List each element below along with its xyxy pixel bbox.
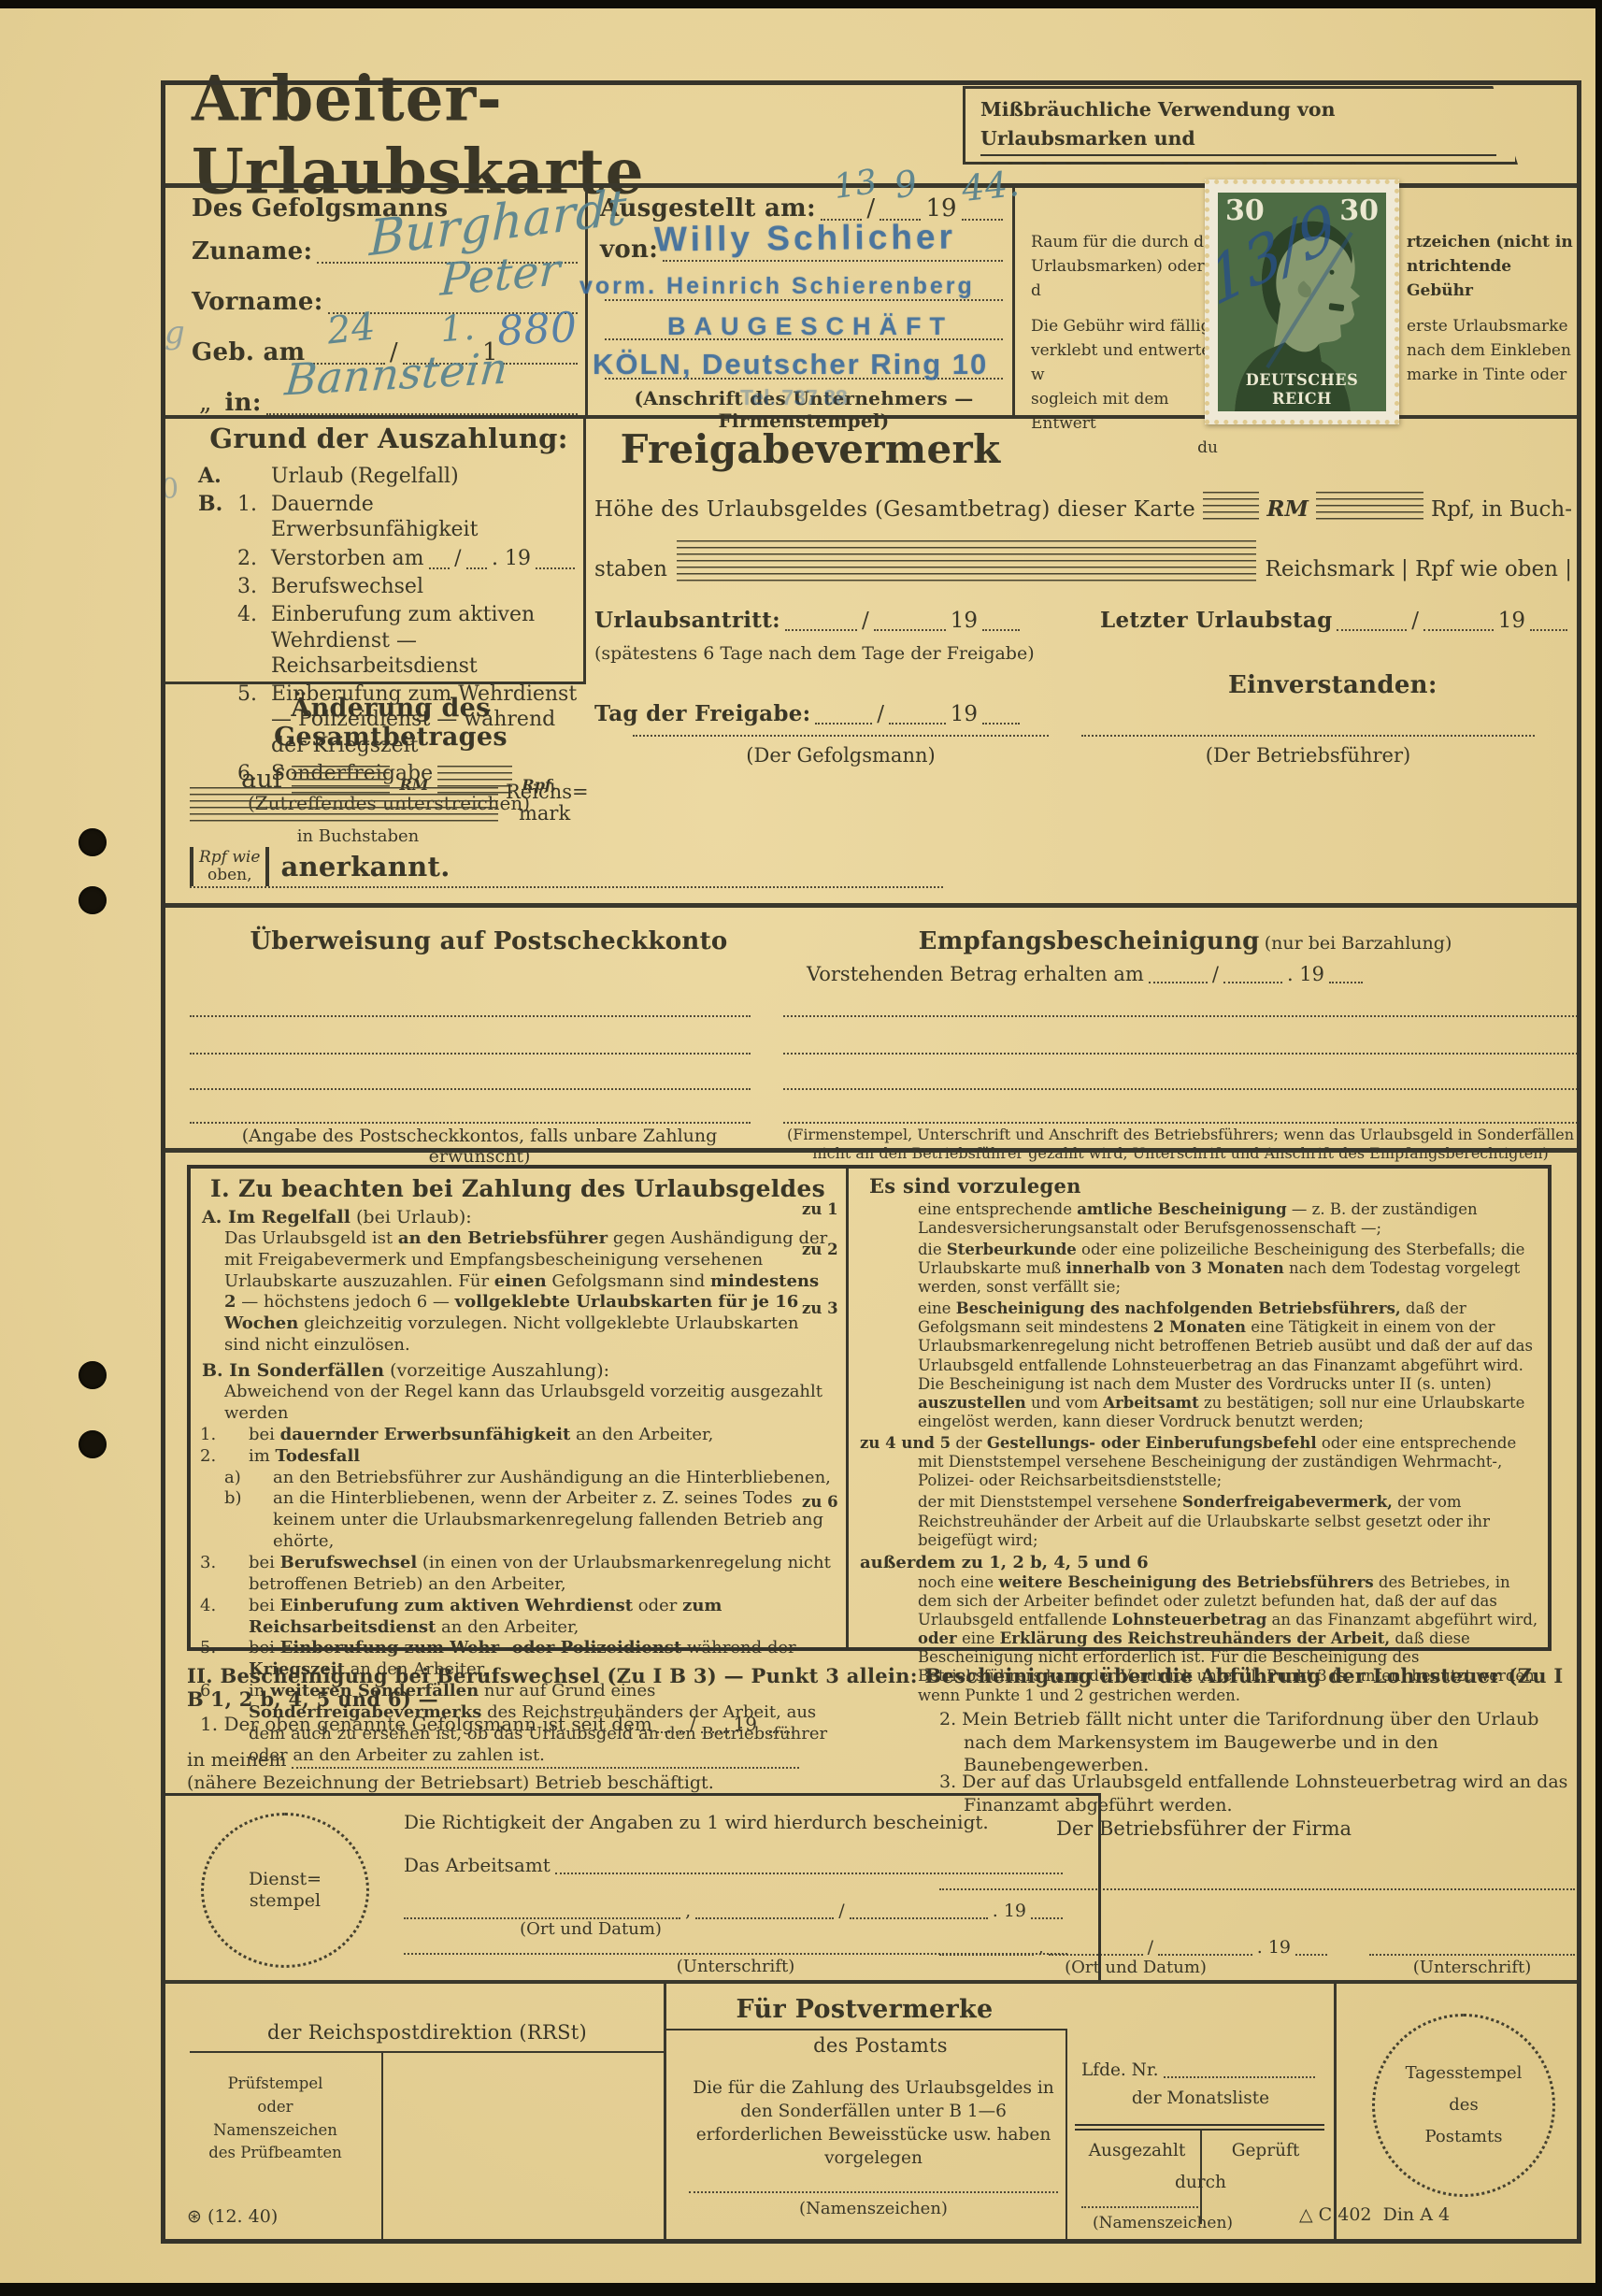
year-prefix: 19 [951,609,978,633]
receipt-title: Empfangsbescheinigung [919,927,1260,955]
tagesstempel-line: Tagesstempel [1406,2058,1523,2089]
scan-edge-bottom [0,2283,1602,2296]
payout-row-3: 3. Berufswechsel [198,574,579,599]
vorzulegen-item: zu 6der mit Dienststempel versehene Sond… [860,1493,1542,1549]
warning-line-1: Mißbräuchliche Verwendung von Urlaubsmar… [980,95,1496,156]
date-slash: / [1212,963,1219,985]
payout-row-2: 2. Verstorben am / . 19 [198,546,579,571]
postage-stamp-face: 30 30 DEUTSCHES REICH 13/9 [1218,193,1386,411]
employed-since-row: 1. Der oben genannte Gefolgsmann ist sei… [200,1713,798,1735]
birthplace-field: Bannstein [266,390,578,415]
dienststempel-line1: Dienst= [249,1869,322,1890]
postamt-sign-line [689,2191,1058,2193]
lfde-namenszeichen: (Namenszeichen) [1060,2214,1266,2232]
hole-punch [79,828,107,856]
change-title: Änderung des Gesamtbetrages [190,694,592,752]
birthplace-label: in: [224,389,261,417]
page-title-wrap: Arbeiter-Urlaubskarte [192,90,939,181]
notes-item: 3.bei Berufswechsel (in einen von der Ur… [202,1553,834,1596]
vorzulegen-title: Es sind vorzulegen [860,1174,1542,1198]
notes-title: I. Zu beachten bei Zahlung des Urlaubsge… [202,1174,834,1204]
date-slash: / [1411,609,1419,633]
postal-panel: Für Postvermerke der Reichspostdirektion… [161,1984,1581,2239]
date-slash: / [862,609,869,633]
firstname-label: Vorname: [192,288,323,316]
account-line [190,1088,751,1090]
issued-day-handwritten: 13 [831,163,880,207]
arbeitsamt-field [555,1855,1063,1874]
transfer-panel: Überweisung auf Postscheckkonto Empfangs… [190,918,1580,1146]
year-prefix: 19 [951,702,978,726]
amt-date-row: , / . 19 [404,1901,1067,1921]
year-prefix: 19 [1498,609,1525,633]
stamp-country: DEUTSCHES REICH [1223,371,1382,409]
notes-b-head: B. In Sonderfällen (vorzeitige Auszahlun… [202,1359,834,1382]
business-field [292,1749,799,1769]
since-year-field [762,1714,794,1733]
issued-month-field: 9 [880,195,921,221]
amount-words-row: staben Reichsmark | Rpf wie oben | [594,540,1572,581]
hole-punch [79,1430,107,1458]
payout-panel: Grund der Auszahlung: A. Urlaub (Regelfa… [198,423,579,681]
section2-title: II. Bescheinigung bei Berufswechsel (Zu … [187,1664,1580,1711]
payout-row-4: 4. Einberufung zum aktiven Wehrdienst — … [198,602,579,679]
company-stamp-line-3: BAUGESCHÄFT [667,312,953,341]
certification-box: Dienst= stempel Die Richtigkeit der Anga… [165,1793,1101,1980]
business-note: (nähere Bezeichnung der Betriebsart) Bet… [187,1772,714,1793]
lfde-field [1164,2060,1315,2078]
release-panel: Freigabevermerk Höhe des Urlaubsgeldes (… [591,421,1578,905]
vorzulegen-item: zu 1eine entsprechende amtliche Beschein… [860,1200,1542,1238]
firstname-handwritten: Peter [438,244,561,307]
date-slash: / [454,546,461,571]
notes-subitem: a)an den Betriebsführer zur Aushändigung… [202,1468,834,1489]
release-day-row: Tag der Freigabe: / 19 [594,701,1024,726]
start-day-field [785,609,857,631]
death-day-field [429,548,451,569]
release-year-field [982,702,1020,725]
fee-line: ntrichtende Gebühr [1407,254,1580,303]
receipt-title-suffix: (nur bei Barzahlung) [1265,933,1452,954]
amt-signature-line [404,1953,1067,1955]
notes-box: I. Zu beachten bei Zahlung des Urlaubsge… [187,1165,1552,1651]
received-label: Vorstehenden Betrag erhalten am [807,963,1144,985]
monatsliste-label: der Monatsliste [1081,2088,1320,2108]
issued-year-field: 44. [962,195,1003,221]
fee-line: Raum für die durch d [1031,230,1218,254]
postal-title: Für Postvermerke [664,1995,1066,2024]
vorzulegen-item: zu 2die Sterbeurkunde oder eine polizeil… [860,1241,1542,1297]
postamt-text: Die für die Zahlung des Urlaubsgeldes in… [684,2077,1063,2171]
lfde-label: Lfde. Nr. [1081,2060,1159,2080]
amt-month-field [850,1901,988,1919]
tagesstempel-circle: Tagesstempel des Postamts [1372,2014,1555,2197]
signature-label-employer: (Der Betriebsführer) [1081,744,1535,767]
notes-divider [846,1169,849,1647]
form-code: △ C 402 Din A 4 [1299,2204,1450,2225]
year-prefix: . 19 [1257,1937,1291,1958]
hole-punch [79,1361,107,1389]
ditto-mark: „ [199,389,211,417]
received-row: Vorstehenden Betrag erhalten am / . 19 [807,963,1367,985]
company-stamp-line-5: Tel. 737 88 [740,385,848,410]
vorzulegen-item: zu 4 und 5 der Gestellungs- oder Einberu… [860,1434,1542,1490]
scan-edge-top [0,0,1602,8]
extra-head: außerdem zu 1, 2 b, 4, 5 und 6 [860,1553,1542,1573]
form-din-label: Din A 4 [1383,2204,1450,2225]
vacation-start-label: Urlaubsantritt: [594,608,780,633]
postal-divider [381,2053,383,2239]
release-day-label: Tag der Freigabe: [594,701,810,726]
arbeitsamt-row: Das Arbeitsamt [404,1854,1067,1876]
fee-line: marke in Tinte oder [1407,363,1580,387]
rpd-sub-line: oder [189,2096,362,2119]
employed-since-label: 1. Der oben genannte Gefolgsmann ist sei… [200,1713,652,1735]
panel-divider [161,682,586,684]
form-code-number: C 402 [1319,2204,1372,2225]
fee-line: rtzeichen (nicht in [1407,230,1580,254]
issued-day-field: 13 [821,195,862,221]
firm-month-field [1158,1937,1252,1956]
fee-line: verklebt und entwertet w [1031,338,1218,387]
receipt-title-row: Empfangsbescheinigung (nur bei Barzahlun… [793,927,1578,955]
vacation-card-document: g 0 Arbeiter-Urlaubskarte Mißbräuchliche… [0,0,1602,2296]
firm-signature-line [1369,1954,1575,1956]
notes-right-column: Es sind vorzulegen zu 1eine entsprechend… [860,1174,1542,1705]
payout-num: 1. [237,492,271,543]
business-row: in meinem [187,1748,804,1771]
payout-text: Verstorben am [271,546,424,571]
company-stamp-line-1: Willy Schlicher [654,218,956,260]
holder-panel: Des Gefolgsmanns Zuname: Burghardt Vorna… [192,194,582,411]
reichsmark-line2: mark [506,803,589,825]
panel-divider [1012,188,1015,415]
death-year-field [536,548,575,569]
change-panel: Änderung des Gesamtbetrages auf RM Rpf, … [190,694,592,892]
dienststempel-line2: stempel [250,1890,321,1912]
payout-text: Berufswechsel [271,574,579,599]
birth-month-handwritten: 1. [438,306,476,349]
ausgezahlt-label: Ausgezahlt [1079,2141,1195,2160]
fee-line: sogleich mit dem Entwert [1031,387,1218,436]
section-divider [161,903,1581,908]
postamt-heading: des Postamts [722,2034,1039,2057]
durch-label: durch [1081,2173,1320,2192]
transfer-title: Überweisung auf Postscheckkonto [190,927,788,955]
rpd-sub-line: des Prüfbeamten [189,2142,362,2165]
receipt-line [783,1122,1578,1124]
payout-num: 2. [237,546,271,571]
payout-letter-b: B. [198,492,237,543]
vacation-start-note: (spätestens 6 Tage nach dem Tage der Fre… [594,643,1035,664]
printers-mark-icon: ⊛ [187,2206,202,2227]
firm-unterschrift-label: (Unterschrift) [1369,1958,1575,1977]
payout-num: 3. [237,574,271,599]
postal-divider [1334,1984,1337,2239]
amount-rpf-field [1316,492,1423,522]
amount-row: Höhe des Urlaubsgeldes (Gesamtbetrag) di… [594,492,1572,522]
birth-day-handwritten: 24 [324,305,377,352]
account-line [190,1053,751,1055]
last-year-field [1530,609,1567,631]
triangle-icon: △ [1299,2204,1313,2225]
in-words-label: in Buchstaben [265,826,451,846]
postal-title-underline [664,2029,1066,2031]
rm-label: RM [1266,496,1309,522]
release-title: Freigabevermerk [591,426,1030,472]
payout-row-a: A. Urlaub (Regelfall) [198,464,579,489]
receipt-line [783,1088,1578,1090]
year-prefix: . 19 [1287,963,1324,985]
company-stamp-line-2: vorm. Heinrich Schierenberg [579,273,975,300]
acknowledged-row: Rpf wie oben, anerkannt. [190,847,451,886]
start-year-field [982,609,1020,631]
notes-item: 1.bei dauernder Erwerbsunfähigkeit an de… [202,1425,834,1446]
amount-words-field [677,540,1256,581]
company-stamp-line-4: KÖLN, Deutscher Ring 10 [593,348,988,381]
signature-line [633,735,1049,737]
last-day-row: Letzter Urlaubstag / 19 [1100,608,1572,633]
birthplace-row: „ in: Bannstein [192,389,582,417]
transfer-footnote: (Angabe des Postscheckkontos, falls unba… [190,1126,769,1167]
notes-a-head: A. Im Regelfall (bei Urlaub): [202,1206,834,1228]
notes-b-intro: Abweichend von der Regel kann das Urlaub… [202,1382,834,1425]
agreed-label: Einverstanden: [1228,671,1438,699]
margin-ink-mark: g [164,314,185,352]
section-divider [161,1148,1581,1153]
comma: , [685,1901,691,1921]
date-slash: / [1148,1937,1153,1958]
fee-line: du [1031,436,1218,460]
tagesstempel-line: Postamts [1425,2121,1503,2153]
rpd-sublabel: Prüfstempel oder Namenszeichen des Prüfb… [189,2073,362,2165]
last-day-label: Letzter Urlaubstag [1100,608,1332,633]
vorzulegen-item: zu 3eine Bescheinigung des nachfolgenden… [860,1299,1542,1431]
receipt-line [783,1015,1578,1017]
amount-label: Höhe des Urlaubsgeldes (Gesamtbetrag) di… [594,497,1195,522]
payout-text: Dauernde Erwerbsunfähigkeit [271,492,579,543]
dienststempel-circle: Dienst= stempel [201,1813,369,1968]
fee-text-left: Raum für die durch d Urlaubsmarken) oder… [1031,230,1218,460]
year-prefix: . 19 [492,546,531,571]
firm-year-field [1295,1937,1327,1956]
reichsmark-label: Reichsmark | Rpf wie oben | [1266,557,1573,581]
amt-ort-datum-label: (Ort und Datum) [436,1919,745,1939]
lfde-row: Lfde. Nr. [1081,2060,1320,2080]
date-slash: / [838,1901,844,1921]
section-dotted-divider [190,886,943,888]
fee-line: nach dem Einkleben [1407,338,1580,363]
rpd-underline [190,2051,664,2053]
vacation-start-row: Urlaubsantritt: / 19 [594,608,1024,633]
payout-num: 4. [237,602,271,679]
signature-label-worker: (Der Gefolgsmann) [633,744,1049,767]
start-month-field [874,609,946,631]
certify-text: Die Richtigkeit der Angaben zu 1 wird hi… [404,1811,989,1833]
fee-line: erste Urlaubsmarke [1407,314,1580,338]
rpf-wie-label: Rpf wie [199,848,260,867]
death-month-field [466,548,488,569]
account-line [190,1015,751,1017]
fee-line: Urlaubsmarken) oder d [1031,254,1218,303]
fee-text-right: rtzeichen (nicht in ntrichtende Gebühr e… [1407,230,1580,387]
issued-year-handwritten: 44. [959,163,1021,209]
received-day-field [1149,963,1208,983]
amt-day-field [695,1901,834,1919]
account-line [190,1122,751,1124]
amount-rm-field [1203,492,1259,522]
form-edition-date: (12. 40) [207,2206,278,2227]
since-month-field [701,1714,729,1733]
margin-ink-mark: 0 [161,473,179,506]
last-day-field [1337,609,1407,631]
year-prefix: 19 [734,1713,757,1735]
misuse-warning-box: Mißbräuchliche Verwendung von Urlaubsmar… [963,86,1518,165]
acknowledged-label: anerkannt. [280,851,450,883]
reichsmark-line1: Reichs= [506,782,589,803]
form-edition: ⊛ (12. 40) [187,2206,278,2227]
issuer-label: von: [600,236,658,264]
tagesstempel-line: des [1449,2089,1478,2121]
arbeitsamt-label: Das Arbeitsamt [404,1854,551,1876]
payout-text: Einberufung zum aktiven Wehrdienst — Rei… [271,602,579,679]
rpd-sub-line: Namenszeichen [189,2119,362,2143]
amt-unterschrift-label: (Unterschrift) [404,1957,1067,1976]
postage-stamp: 30 30 DEUTSCHES REICH 13/9 [1205,179,1399,424]
postamt-namenszeichen: (Namenszeichen) [689,2199,1058,2218]
amt-place-field [404,1901,680,1919]
rpd-sub-line: Prüfstempel [189,2073,362,2096]
payout-text-a: Urlaub (Regelfall) [271,464,579,489]
payout-letter-a: A. [198,464,237,489]
fee-line: Die Gebühr wird fällig, [1031,314,1218,338]
release-month-field [889,702,946,725]
staben-label: staben [594,557,667,581]
business-label: in meinem [187,1748,287,1771]
notes-a-body: Das Urlaubsgeld ist an den Betriebsführe… [202,1228,834,1356]
amt-year-field [1031,1901,1063,1919]
reichsmark-label: Reichs= mark [506,782,589,825]
geprueft-label: Geprüft [1209,2141,1322,2160]
receipt-line [783,1053,1578,1055]
lfde-double-rule [1075,2124,1324,2131]
surname-label: Zuname: [192,237,312,265]
notes-subitem: b)an die Hinterbliebenen, wenn der Arbei… [202,1488,834,1553]
rpd-heading: der Reichspostdirektion (RRSt) [203,2021,651,2044]
section2-point2: 2. Mein Betrieb fällt nicht unter die Ta… [939,1708,1580,1777]
rpf-label: Rpf, in Buch- [1431,497,1572,522]
postal-divider [1066,2029,1067,2239]
signature-line [1081,735,1535,737]
change-words-field [190,787,498,823]
payout-title: Grund der Auszahlung: [198,423,579,456]
date-slash: / [690,1713,696,1735]
last-month-field [1423,609,1494,631]
lfde-sign-line [1081,2206,1198,2208]
hole-punch [79,886,107,914]
birth-year-field: 880 [503,339,578,365]
date-slash: / [877,702,884,726]
scan-edge-right [1595,0,1602,2296]
oben-label: oben, [199,867,260,884]
notes-item: 2.im Todesfall [202,1446,834,1468]
notes-item: 4.bei Einberufung zum aktiven Wehrdienst… [202,1596,834,1639]
since-day-field [657,1714,685,1733]
issue-panel: Ausgestellt am: 13 / 9 19 44. von: (Ansc… [600,194,1008,413]
payout-row-b1: B. 1. Dauernde Erwerbsunfähigkeit [198,492,579,543]
receipt-footnote: (Firmenstempel, Unterschrift und Anschri… [783,1126,1578,1163]
received-year-field [1329,963,1363,983]
year-prefix: . 19 [993,1901,1026,1921]
stamp-value-right: 30 [1339,194,1379,227]
received-month-field [1223,963,1282,983]
panel-divider [583,419,586,684]
release-day-field [815,702,872,725]
